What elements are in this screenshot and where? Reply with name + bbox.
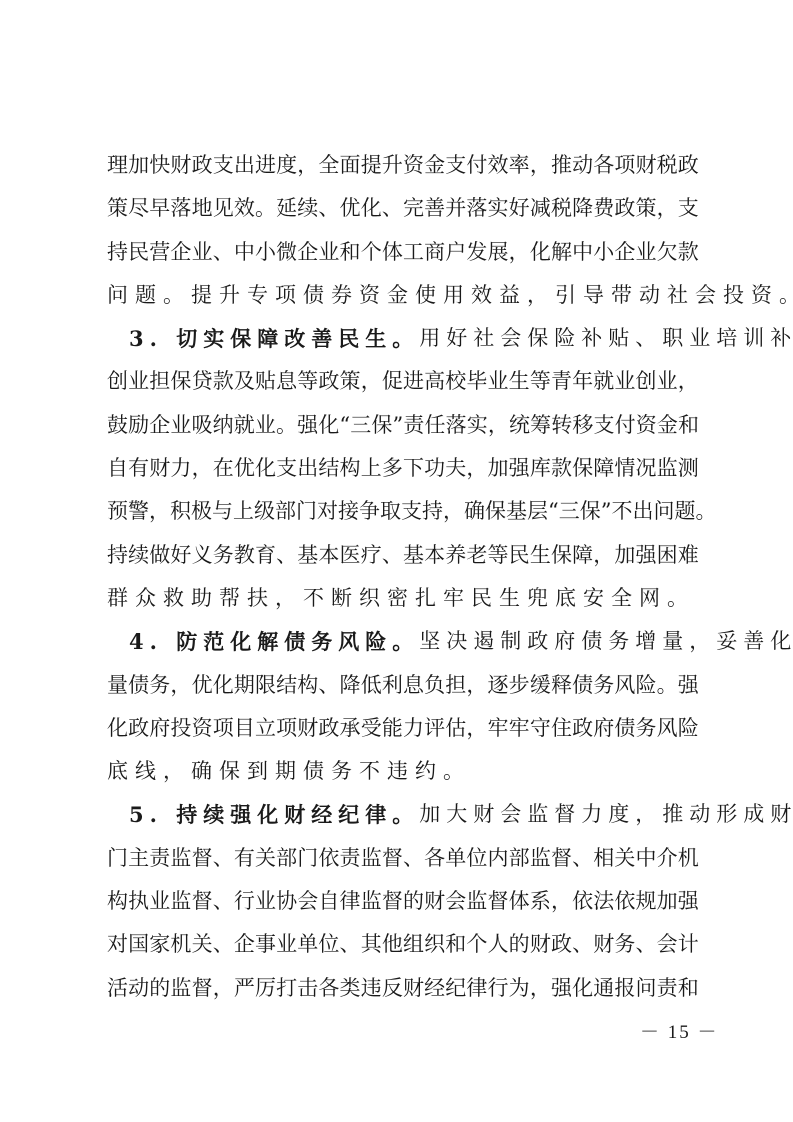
text-line: 持民营企业、中小微企业和个体工商户发展，化解中小企业欠款 [107,231,699,274]
paragraph-4-first-line: 4. 防范化解债务风险。坚决遏制政府债务增量，妥善化解存 [107,620,699,663]
section-heading-4: 4. 防范化解债务风险。 [129,620,419,663]
text-line: 门主责监督、有关部门依责监督、各单位内部监督、相关中介机 [107,837,699,880]
text-line: 策尽早落地见效。延续、优化、完善并落实好减税降费政策，支 [107,187,699,230]
document-page: 理加快财政支出进度，全面提升资金支付效率，推动各项财税政 策尽早落地见效。延续、… [0,0,793,1122]
section-heading-3: 3. 切实保障改善民生。 [129,317,419,360]
text-run: 坚决遏制政府债务增量，妥善化解存 [419,620,793,663]
text-line: 预警，积极与上级部门对接争取支持，确保基层“三保”不出问题。 [107,490,699,533]
text-line: 持续做好义务教育、基本医疗、基本养老等民生保障，加强困难 [107,534,699,577]
text-line: 活动的监督，严厉打击各类违反财经纪律行为，强化通报问责和 [107,967,699,1010]
body-text: 理加快财政支出进度，全面提升资金支付效率，推动各项财税政 策尽早落地见效。延续、… [107,144,699,1010]
text-line: 自有财力，在优化支出结构上多下功夫，加强库款保障情况监测 [107,447,699,490]
text-line: 底线，确保到期债务不违约。 [107,750,699,793]
text-run: 用好社会保险补贴、职业培训补贴、 [419,317,793,360]
text-line: 化政府投资项目立项财政承受能力评估，牢牢守住政府债务风险 [107,707,699,750]
text-run: 加大财会监督力度，推动形成财政部 [419,793,793,836]
text-line: 量债务，优化期限结构、降低利息负担，逐步缓释债务风险。强 [107,664,699,707]
text-line: 群众救助帮扶，不断织密扎牢民生兜底安全网。 [107,577,699,620]
text-line: 构执业监督、行业协会自律监督的财会监督体系，依法依规加强 [107,880,699,923]
text-line: 问题。提升专项债券资金使用效益，引导带动社会投资。 [107,274,699,317]
text-line: 理加快财政支出进度，全面提升资金支付效率，推动各项财税政 [107,144,699,187]
paragraph-5-first-line: 5. 持续强化财经纪律。加大财会监督力度，推动形成财政部 [107,793,699,836]
page-number: － 15 － [640,1017,719,1044]
section-heading-5: 5. 持续强化财经纪律。 [129,793,419,836]
text-line: 对国家机关、企事业单位、其他组织和个人的财政、财务、会计 [107,923,699,966]
paragraph-3-first-line: 3. 切实保障改善民生。用好社会保险补贴、职业培训补贴、 [107,317,699,360]
text-line: 创业担保贷款及贴息等政策，促进高校毕业生等青年就业创业， [107,360,699,403]
text-line: 鼓励企业吸纳就业。强化“三保”责任落实，统筹转移支付资金和 [107,404,699,447]
